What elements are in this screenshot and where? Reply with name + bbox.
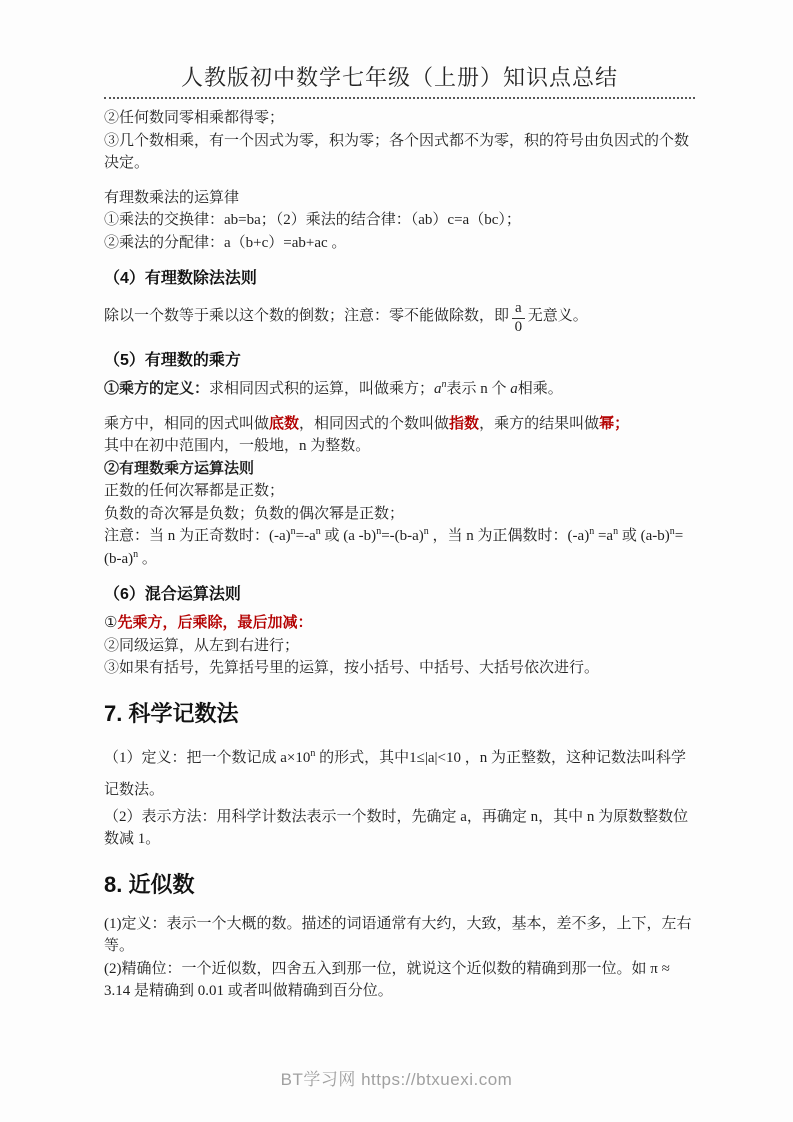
section-heading: （4）有理数除法法则	[104, 268, 695, 290]
paragraph: 其中在初中范围内，一般地，n 为整数。	[104, 435, 695, 458]
text-run: =-(b-a)	[381, 528, 424, 544]
paragraph: ①乘方的定义：求相同因式积的运算，叫做乘方；an表示 n 个 a相乘。	[104, 378, 695, 401]
paragraph: ②同级运算，从左到右进行；	[104, 635, 695, 658]
text-run: 1≤|a|<10	[409, 750, 461, 766]
text-run: （4）有理数除法法则	[104, 270, 257, 287]
text-run: (1)定义：表示一个大概的数。描述的词语通常有大约，大致，基本，差不多，上下，左…	[104, 916, 692, 955]
paragraph: （2）表示方法：用科学计数法表示一个数时，先确定 a，再确定 n，其中 n 为原…	[104, 806, 695, 851]
text-run: ②任何数同零相乘都得零；	[104, 110, 284, 126]
paragraph: 除以一个数等于乘以这个数的倒数；注意：零不能做除数，即a0无意义。	[104, 296, 695, 336]
section-heading: （5）有理数的乘方	[104, 350, 695, 372]
text-run: (2)精确位：一个近似数，四舍五入到那一位，就说这个近似数的精确到那一位。如	[104, 961, 650, 977]
text-run: ，相同因式的个数叫做	[299, 416, 449, 432]
text-run: ③几个数相乘，有一个因式为零，积为零；各个因式都不为零，积的符号由负因式的个数决…	[104, 133, 689, 172]
section-heading: 8. 近似数	[104, 871, 695, 899]
text-run: 或 (a -b)	[321, 528, 376, 544]
text-run: 乘方中，相同的因式叫做	[104, 416, 269, 432]
text-run: 注意：当 n 为正奇数时：(-a)	[104, 528, 291, 544]
text-run: （1）定义：把一个数记成 a×10	[104, 750, 310, 766]
text-run: 求相同因式积的运算，叫做乘方；	[209, 381, 434, 397]
text-run: （2）表示方法：用科学计数法表示一个数时，先确定 a，再确定 n，其中 n 为原…	[104, 809, 688, 848]
text-run: a	[434, 381, 442, 397]
paragraph: 负数的奇次幂是负数；负数的偶次幂是正数；	[104, 503, 695, 526]
section-heading: 7. 科学记数法	[104, 700, 695, 728]
text-run: 表示 n 个	[447, 381, 511, 397]
paragraph: 有理数乘法的运算律	[104, 187, 695, 210]
highlight-term: 先乘方，后乘除，最后加减	[117, 615, 297, 631]
document-title: 人教版初中数学七年级（上册）知识点总结	[104, 64, 695, 92]
highlight-term: 指数	[449, 416, 479, 432]
paragraph: ③几个数相乘，有一个因式为零，积为零；各个因式都不为零，积的符号由负因式的个数决…	[104, 130, 695, 175]
text-run: ②乘法的分配律：a（b+c）=ab+ac 。	[104, 235, 346, 251]
text-run: 除以一个数等于乘以这个数的倒数；注意：零不能做除数，即	[104, 308, 509, 324]
text-run: （6）混合运算法则	[104, 586, 241, 603]
fraction: a0	[512, 301, 525, 336]
text-run: 有理数乘法的运算律	[104, 190, 239, 206]
paragraph: （1）定义：把一个数记成 a×10n 的形式，其中1≤|a|<10 ，n 为正整…	[104, 742, 695, 806]
paragraph: (1)定义：表示一个大概的数。描述的词语通常有大约，大致，基本，差不多，上下，左…	[104, 913, 695, 958]
highlight-term: 底数	[269, 416, 299, 432]
paragraph: ③如果有括号，先算括号里的运算，按小括号、中括号、大括号依次进行。	[104, 657, 695, 680]
text-run: ②有理数乘方运算法则	[104, 461, 254, 477]
section-heading: （6）混合运算法则	[104, 584, 695, 606]
paragraph: ①乘法的交换律：ab=ba；（2）乘法的结合律：（ab）c=a（bc）；	[104, 209, 695, 232]
text-run: ②同级运算，从左到右进行；	[104, 638, 299, 654]
text-run: ①乘方的定义：	[104, 381, 209, 397]
paragraph: ②乘法的分配律：a（b+c）=ab+ac 。	[104, 232, 695, 255]
paragraph: ②有理数乘方运算法则	[104, 458, 695, 481]
text-run: 或 (a-b)	[618, 528, 670, 544]
text-run: 。	[138, 551, 157, 567]
text-run: a	[510, 381, 518, 397]
text-run: 其中在初中范围内，一般地，n 为整数。	[104, 438, 370, 454]
text-run: 正数的任何次幂都是正数；	[104, 483, 284, 499]
document-body: ②任何数同零相乘都得零；③几个数相乘，有一个因式为零，积为零；各个因式都不为零，…	[104, 99, 695, 1003]
paragraph: (2)精确位：一个近似数，四舍五入到那一位，就说这个近似数的精确到那一位。如 π…	[104, 958, 695, 1003]
text-run: 8. 近似数	[104, 872, 194, 897]
text-run: ①乘法的交换律：ab=ba；（2）乘法的结合律：（ab）c=a（bc）；	[104, 212, 521, 228]
text-run: 相乘。	[518, 381, 563, 397]
text-run: =a	[594, 528, 613, 544]
text-run: ，当 n 为正偶数时：(-a)	[429, 528, 589, 544]
text-run: 的形式，其中	[315, 750, 409, 766]
text-run: 7. 科学记数法	[104, 701, 238, 726]
paragraph: 注意：当 n 为正奇数时：(-a)n=-an 或 (a -b)n=-(b-a)n…	[104, 525, 695, 570]
text-run: ①	[104, 615, 117, 631]
paragraph: 乘方中，相同的因式叫做底数，相同因式的个数叫做指数，乘方的结果叫做幂；	[104, 413, 695, 436]
paragraph: ①先乘方，后乘除，最后加减：	[104, 612, 695, 635]
text-run: 无意义。	[528, 308, 588, 324]
page: 人教版初中数学七年级（上册）知识点总结 ②任何数同零相乘都得零；③几个数相乘，有…	[0, 0, 793, 1122]
text-run: =-a	[296, 528, 316, 544]
text-run: 负数的奇次幂是负数；负数的偶次幂是正数；	[104, 506, 404, 522]
text-run: ③如果有括号，先算括号里的运算，按小括号、中括号、大括号依次进行。	[104, 660, 599, 676]
highlight-term: ：	[297, 615, 312, 631]
paragraph: 正数的任何次幂都是正数；	[104, 480, 695, 503]
text-run: （5）有理数的乘方	[104, 352, 241, 369]
footer-watermark: BT学习网 https://btxuexi.com	[0, 1065, 793, 1090]
text-run: ，乘方的结果叫做	[479, 416, 599, 432]
highlight-term: ；	[614, 416, 629, 432]
text-run: 是精确到 0.01 或者叫做精确到百分位。	[130, 983, 393, 999]
paragraph: ②任何数同零相乘都得零；	[104, 107, 695, 130]
highlight-term: 幂	[599, 416, 614, 432]
